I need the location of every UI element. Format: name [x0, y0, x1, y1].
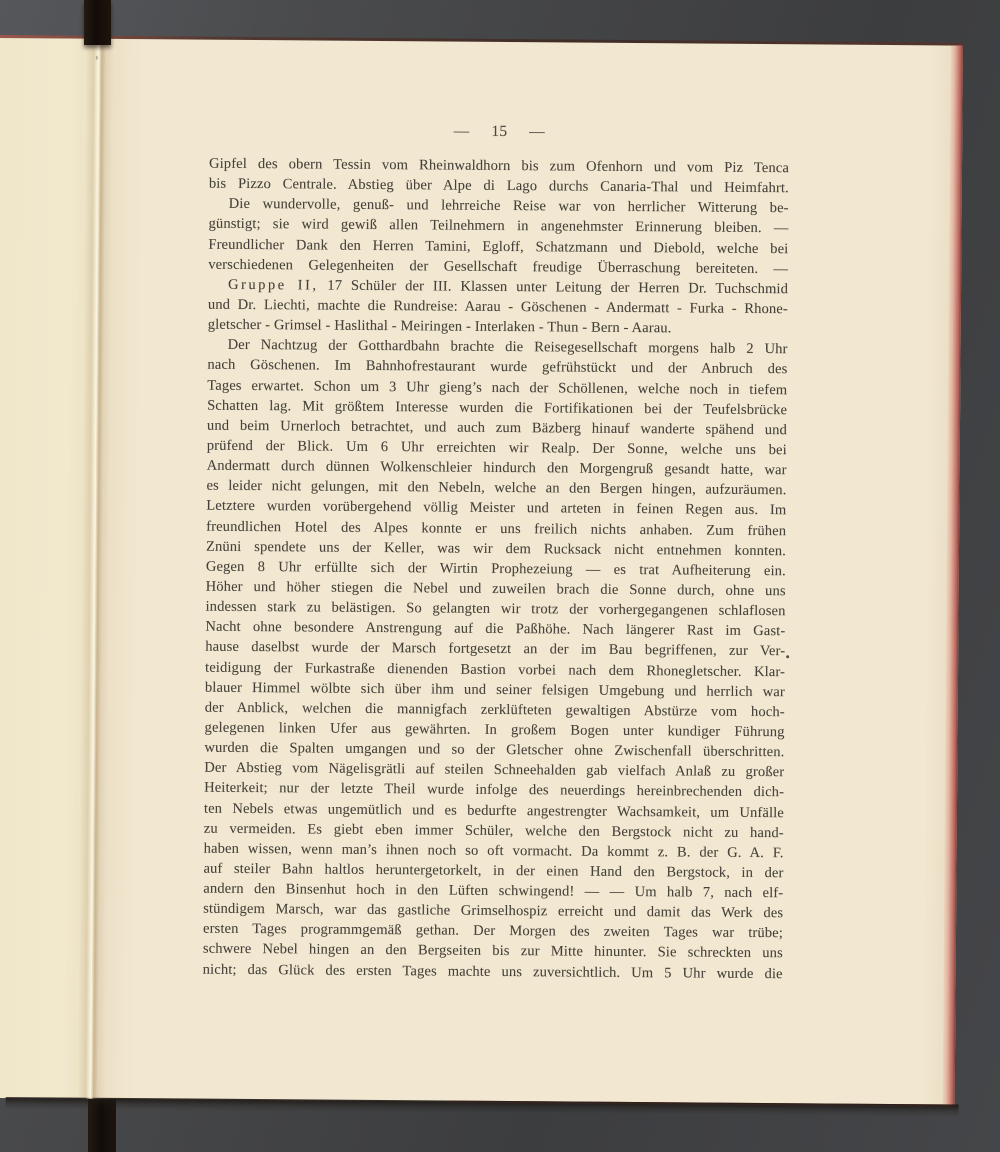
header-dash-left: —	[454, 123, 470, 140]
spaced-lead: Gruppe II,	[228, 277, 319, 294]
header-dash-right: —	[529, 123, 545, 140]
red-fore-edge	[943, 45, 963, 1105]
page: —15— Gipfel des obern Tessin vom Rheinwa…	[92, 39, 963, 1106]
bookmark-ribbon-top	[84, 0, 111, 45]
page-number: 15	[491, 122, 507, 142]
paragraph: Gruppe II, 17 Schüler der III. Klassen u…	[208, 274, 788, 339]
book-scan-photo: —15— Gipfel des obern Tessin vom Rheinwa…	[0, 0, 1000, 1152]
text-block: —15— Gipfel des obern Tessin vom Rheinwa…	[203, 120, 790, 984]
open-book: —15— Gipfel des obern Tessin vom Rheinwa…	[0, 38, 963, 1106]
text-line-rest: 17 Schüler der III. Klassen unter Leitun…	[327, 277, 788, 297]
text-line: nicht; das Glück des ersten Tages machte…	[203, 959, 783, 984]
ink-speck	[786, 655, 789, 658]
paragraph: Die wundervolle, genuß- und lehrreiche R…	[208, 194, 789, 279]
paragraph: Gipfel des obern Tessin vom Rheinwaldhor…	[209, 154, 789, 199]
page-header: —15—	[209, 120, 789, 145]
paragraph: Der Nachtzug der Gotthardbahn brachte di…	[203, 335, 788, 984]
